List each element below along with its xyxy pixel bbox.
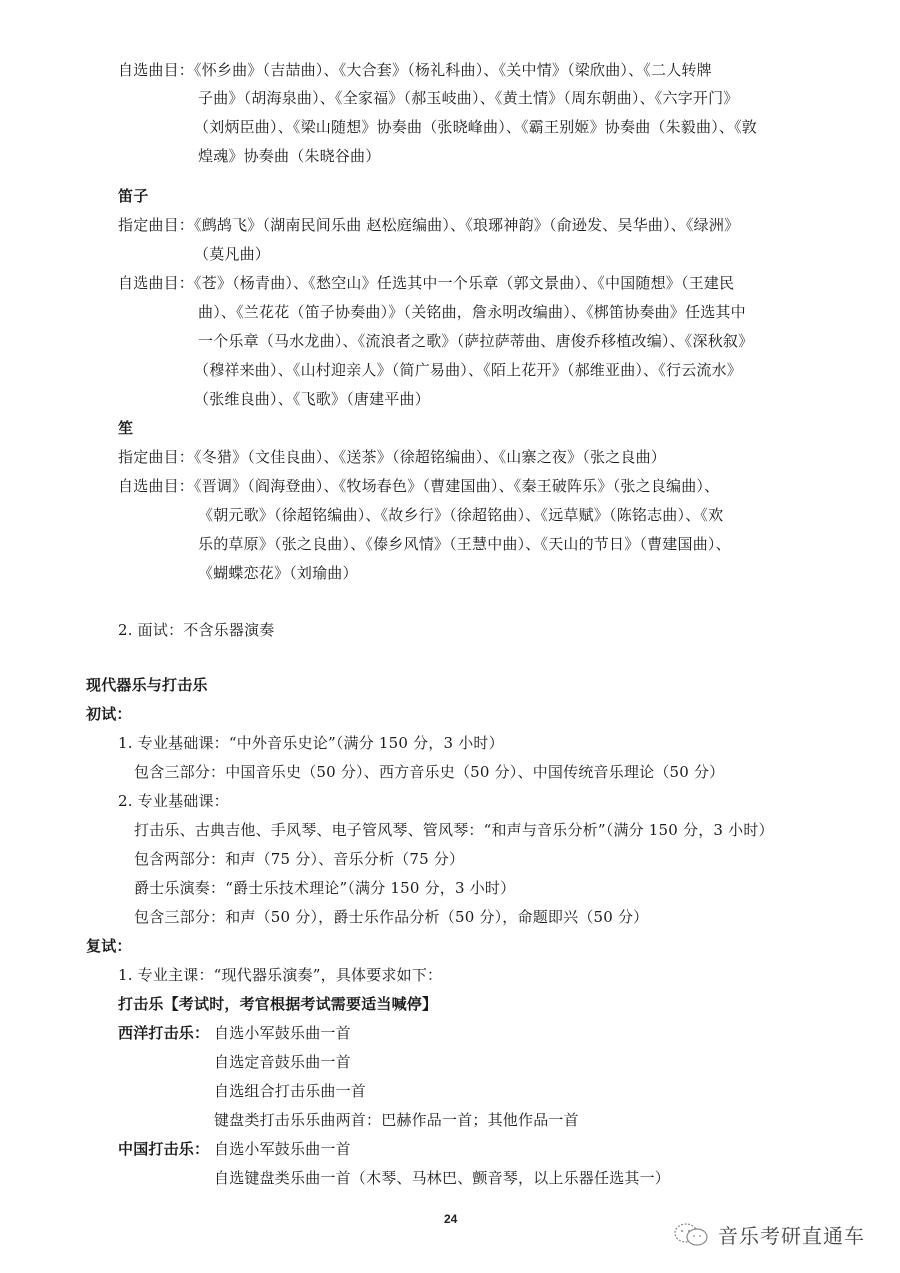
section-heading: 西洋打击乐： — [118, 1023, 209, 1043]
text-line: 自选小军鼓乐曲一首 — [214, 1023, 351, 1043]
text-line: 1. 专业基础课：“中外音乐史论”（满分 150 分，3 小时） — [118, 733, 504, 753]
text-line: 自选组合打击乐曲一首 — [214, 1081, 366, 1101]
text-line: 曲）、《兰花花（笛子协奏曲）》（关铭曲，詹永明改编曲）、《梆笛协奏曲》任选其中 — [198, 302, 746, 322]
text-line: （张维良曲）、《飞歌》（唐建平曲） — [194, 389, 430, 409]
text-line: 键盘类打击乐乐曲两首：巴赫作品一首；其他作品一首 — [214, 1110, 579, 1130]
text-line: 自选定音鼓乐曲一首 — [214, 1052, 351, 1072]
text-line: 包含两部分：和声（75 分）、音乐分析（75 分） — [134, 849, 464, 869]
text-line: 自选键盘类乐曲一首（木琴、马林巴、颤音琴，以上乐器任选其一） — [214, 1168, 670, 1188]
wechat-icon — [672, 1221, 712, 1249]
text-line: 打击乐、古典吉他、手风琴、电子管风琴、管风琴：“和声与音乐分析”（满分 150 … — [134, 820, 774, 840]
text-line: 一个乐章（马水龙曲）、《流浪者之歌》（萨拉萨蒂曲、唐俊乔移植改编）、《深秋叙》 — [198, 331, 753, 351]
text-line: 自选曲目：《晋调》（阎海登曲）、《牧场春色》（曹建国曲）、《秦王破阵乐》（张之良… — [118, 476, 719, 496]
text-line: （穆祥来曲）、《山村迎亲人》（简广易曲）、《陌上花开》（郝维亚曲）、《行云流水》 — [194, 360, 742, 380]
text-line: （莫凡曲） — [194, 244, 270, 264]
text-line: 《蝴蝶恋花》（刘瑜曲） — [198, 563, 358, 583]
text-line: 自选小军鼓乐曲一首 — [214, 1139, 351, 1159]
text-line: 2. 专业基础课： — [118, 791, 229, 811]
text-line: 煌魂》协奏曲（朱晓谷曲） — [198, 146, 380, 166]
text-line: 《朝元歌》（徐超铭编曲）、《故乡行》（徐超铭曲）、《远草赋》（陈铭志曲）、《欢 — [198, 505, 723, 525]
text-line: （刘炳臣曲）、《梁山随想》协奏曲（张晓峰曲）、《霸王别姬》协奏曲（朱毅曲）、《敦 — [194, 117, 757, 137]
watermark-text: 音乐考研直通车 — [718, 1220, 865, 1249]
text-line: 乐的草原》（张之良曲）、《傣乡风情》（王慧中曲）、《天山的节日》（曹建国曲）、 — [198, 534, 731, 554]
section-heading: 复试： — [86, 936, 132, 956]
text-line: 子曲》（胡海泉曲）、《全家福》（郝玉岐曲）、《黄土情》（周东朝曲）、《六字开门》 — [198, 88, 739, 108]
text-line: 自选曲目：《怀乡曲》（吉喆曲）、《大合套》（杨礼科曲）、《关中情》（梁欣曲）、《… — [118, 60, 712, 80]
section-heading: 笙 — [118, 418, 133, 438]
section-heading: 打击乐【考试时，考官根据考试需要适当喊停】 — [118, 994, 437, 1014]
section-heading: 中国打击乐： — [118, 1139, 209, 1159]
text-line: 2. 面试：不含乐器演奏 — [118, 620, 274, 640]
section-heading: 现代器乐与打击乐 — [86, 675, 208, 695]
section-heading: 初试： — [86, 704, 132, 724]
text-line: 包含三部分：中国音乐史（50 分）、西方音乐史（50 分）、中国传统音乐理论（5… — [134, 762, 724, 782]
text-line: 爵士乐演奏：“爵士乐技术理论”（满分 150 分，3 小时） — [134, 878, 515, 898]
page-number: 24 — [444, 1212, 457, 1226]
text-line: 指定曲目：《冬猎》（文佳良曲）、《送茶》（徐超铭编曲）、《山寨之夜》（张之良曲） — [118, 447, 666, 467]
text-line: 自选曲目：《苍》（杨青曲）、《愁空山》任选其中一个乐章（郭文景曲）、《中国随想》… — [118, 273, 734, 293]
section-heading: 笛子 — [118, 186, 148, 206]
watermark: 音乐考研直通车 — [672, 1220, 865, 1249]
text-line: 指定曲目：《鹧鸪飞》（湖南民间乐曲 赵松庭编曲）、《琅琊神韵》（俞逊发、吴华曲）… — [118, 215, 739, 235]
text-line: 包含三部分：和声（50 分），爵士乐作品分析（50 分），命题即兴（50 分） — [134, 907, 648, 927]
text-line: 1. 专业主课：“现代器乐演奏”，具体要求如下： — [118, 965, 442, 985]
